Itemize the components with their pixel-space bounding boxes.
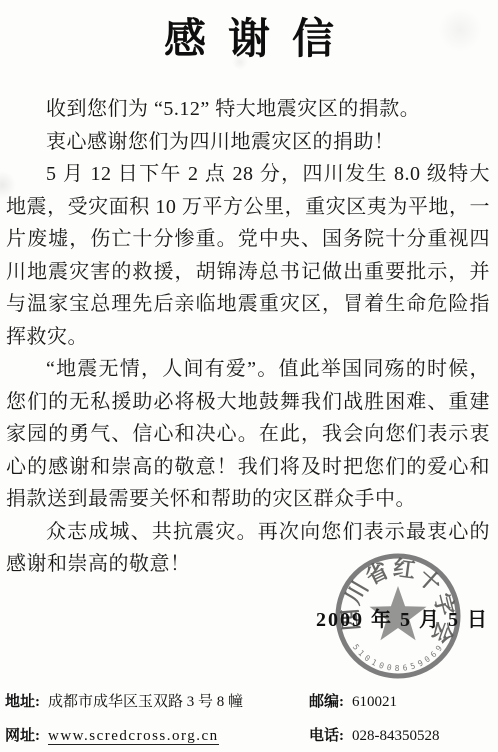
phone-item: 电话:028-84350528 bbox=[309, 724, 493, 745]
phone-value: 028-84350528 bbox=[352, 728, 440, 744]
address-item: 地址:成都市成华区玉双路 3 号 8 幢 bbox=[5, 690, 309, 711]
phone-label: 电话: bbox=[309, 728, 344, 744]
footer-row-contact: 网址:www.scredcross.org.cn 电话:028-84350528 bbox=[5, 724, 493, 745]
address-label: 地址: bbox=[5, 694, 40, 710]
website-item: 网址:www.scredcross.org.cn bbox=[5, 724, 309, 745]
contact-footer: 地址:成都市成华区玉双路 3 号 8 幢 邮编:610021 网址:www.sc… bbox=[5, 677, 493, 745]
scanned-letter-page: 感谢信 收到您们为 “5.12” 特大地震灾区的捐款。 衷心感谢您们为四川地震灾… bbox=[0, 0, 498, 752]
website-label: 网址: bbox=[5, 728, 40, 744]
paragraph-donation-received: 收到您们为 “5.12” 特大地震灾区的捐款。 bbox=[6, 93, 490, 126]
postcode-item: 邮编:610021 bbox=[309, 690, 493, 711]
postcode-label: 邮编: bbox=[309, 694, 344, 710]
letter-title: 感谢信 bbox=[0, 6, 498, 66]
website-url: www.scredcross.org.cn bbox=[48, 728, 219, 745]
letter-date: 2009 年 5 月 5 日 bbox=[316, 603, 489, 632]
paragraph-heartfelt-thanks: 衷心感谢您们为四川地震灾区的捐助！ bbox=[6, 126, 490, 159]
letter-body: 收到您们为 “5.12” 特大地震灾区的捐款。 衷心感谢您们为四川地震灾区的捐助… bbox=[6, 93, 490, 581]
footer-row-address: 地址:成都市成华区玉双路 3 号 8 幢 邮编:610021 bbox=[5, 690, 493, 711]
address-value: 成都市成华区玉双路 3 号 8 幢 bbox=[48, 694, 243, 710]
paragraph-gratitude: “地震无情，人间有爱”。值此举国同殇的时候，您们的无私援助必将极大地鼓舞我们战胜… bbox=[6, 353, 490, 516]
postcode-value: 610021 bbox=[352, 694, 397, 710]
paragraph-earthquake-details: 5 月 12 日下午 2 点 28 分，四川发生 8.0 级特大地震，受灾面积 … bbox=[6, 158, 490, 353]
